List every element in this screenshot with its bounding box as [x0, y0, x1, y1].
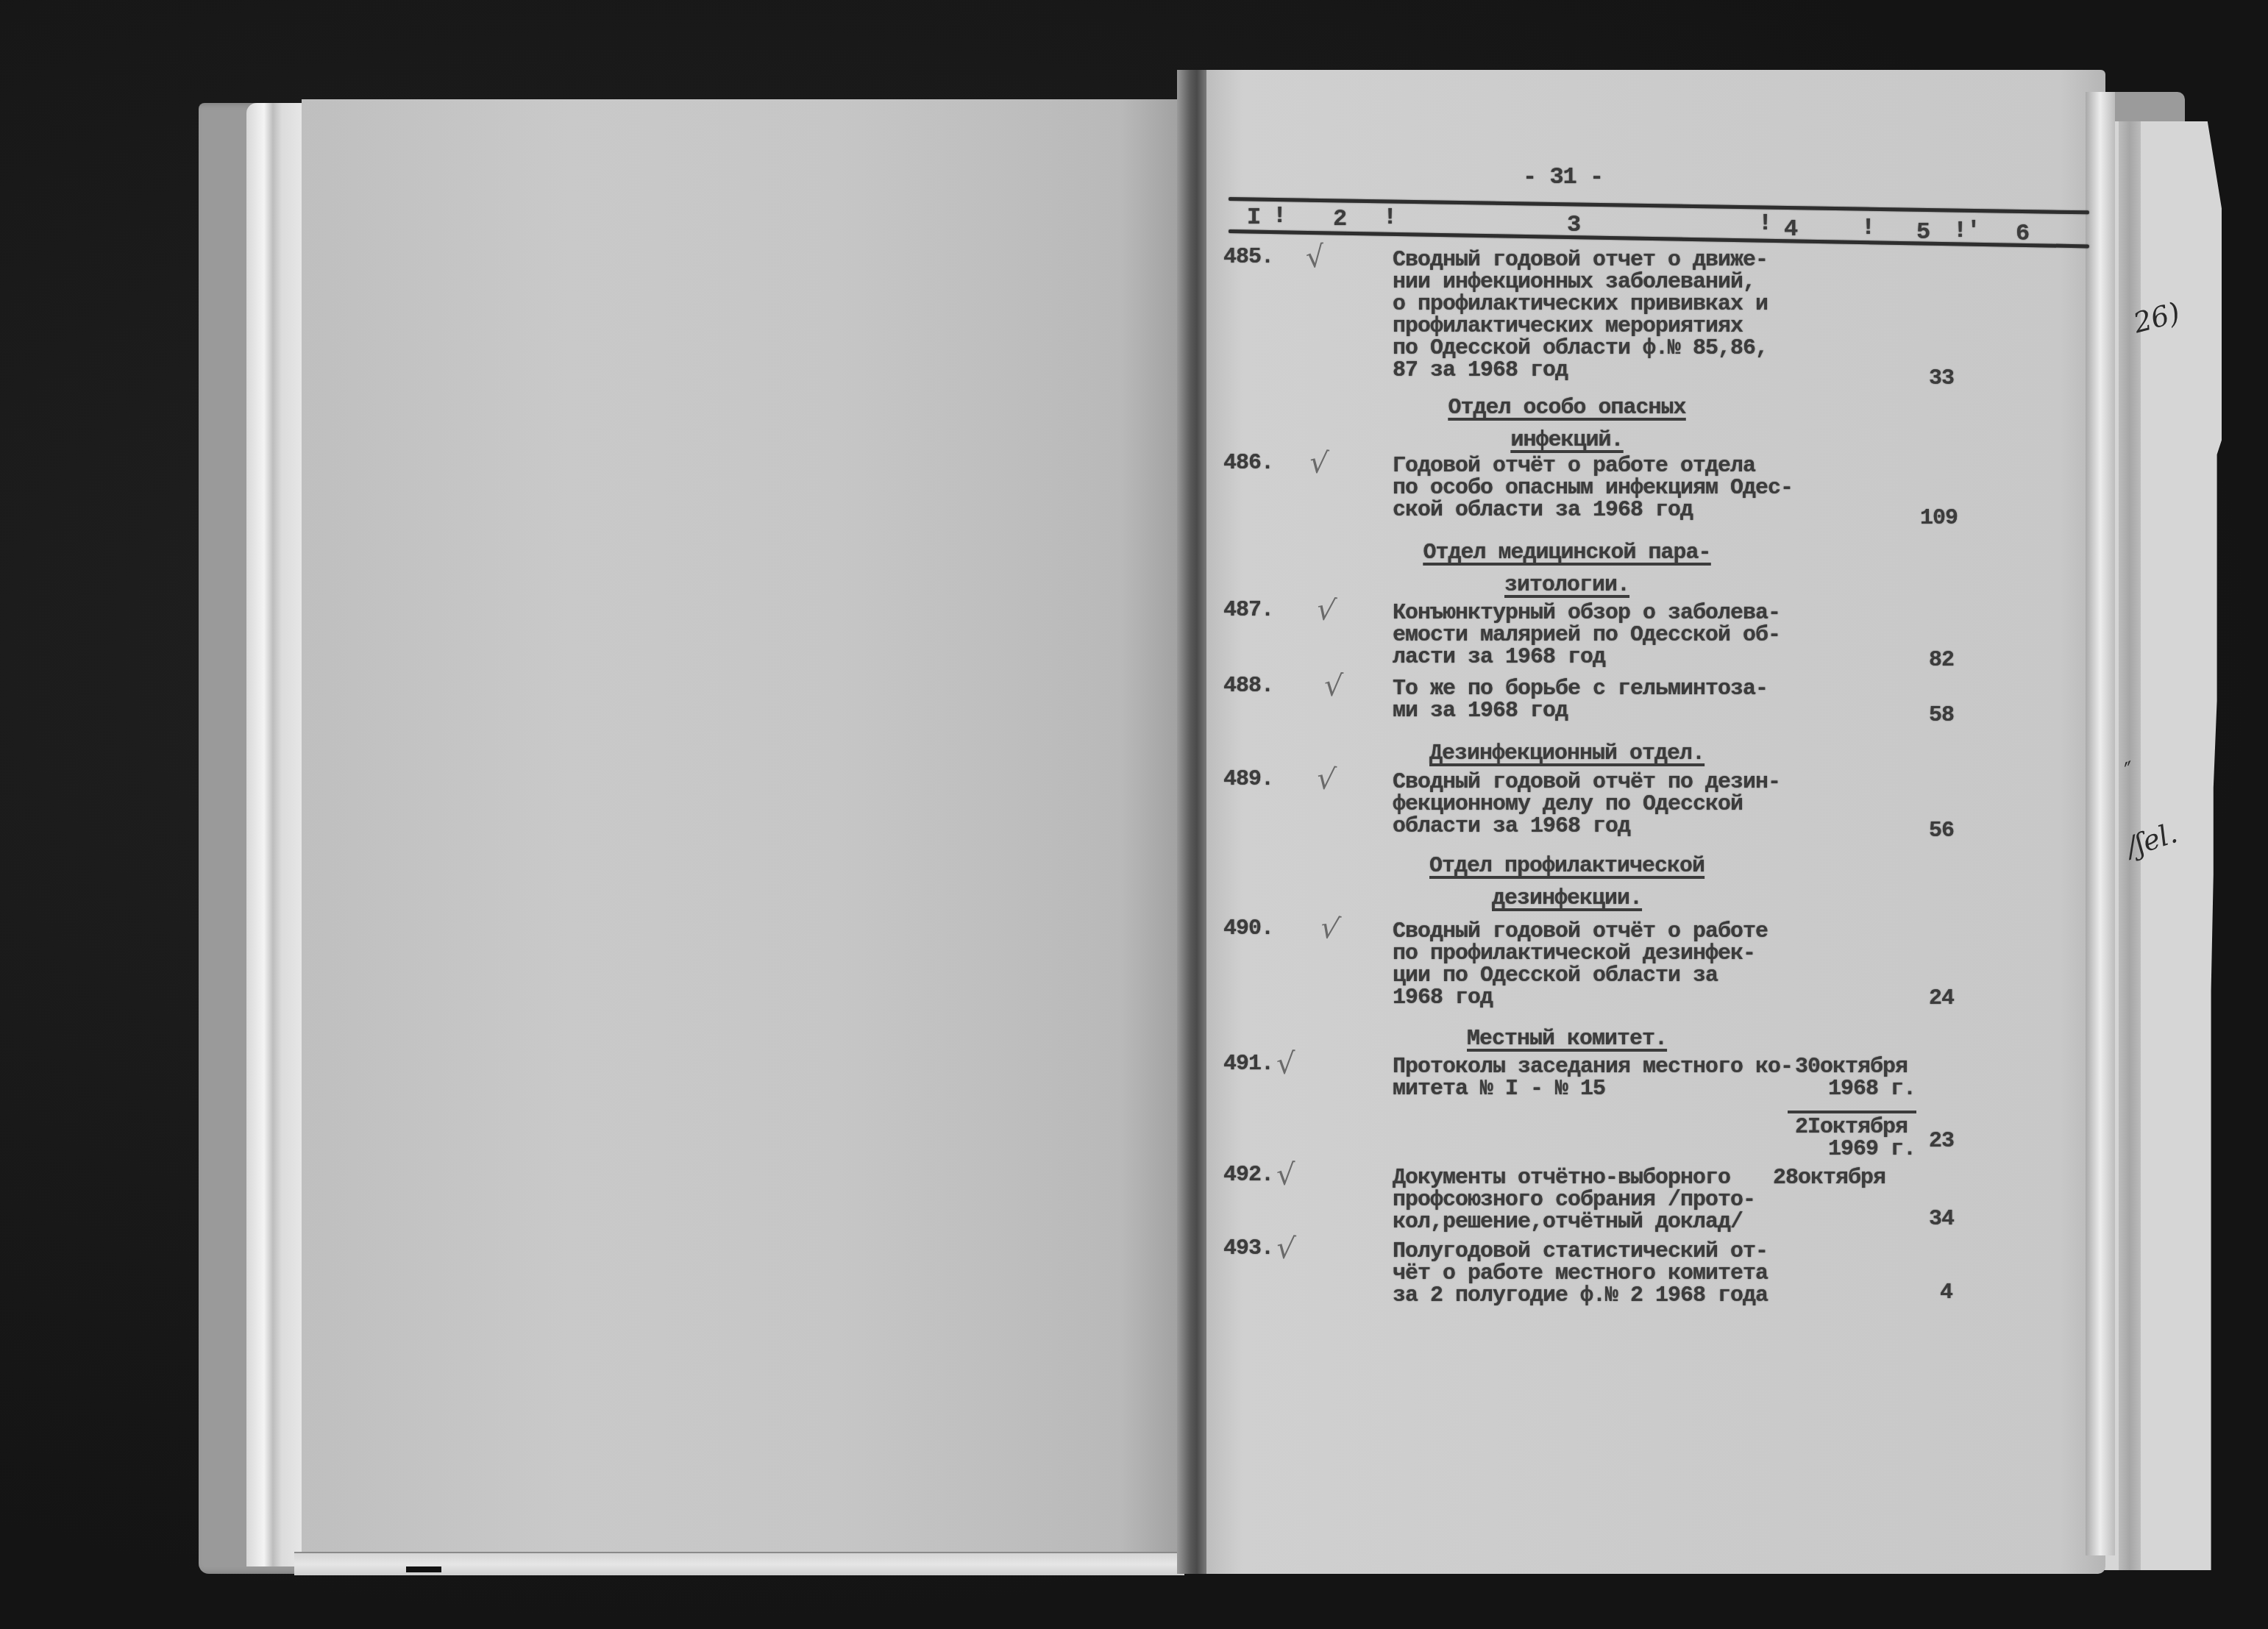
- entry-title-line: ми за 1968 год: [1393, 700, 1568, 723]
- entry-number: 486.: [1223, 452, 1273, 475]
- entry-title-line: ской области за 1968 год: [1393, 499, 1693, 522]
- section-heading-line: Отдел профилактической: [1429, 855, 1704, 878]
- column-separator: !: [1861, 216, 1874, 239]
- entry-title-line: Конъюнктурный обзор о заболева-: [1393, 602, 1780, 625]
- page-stack-left: [246, 103, 305, 1566]
- entry-date: 2Iоктября: [1795, 1116, 1908, 1139]
- column-separator: !: [1383, 206, 1396, 229]
- right-page-edge: [2086, 92, 2115, 1555]
- column-header-1: I: [1247, 206, 1260, 229]
- column-header-6: 6: [2016, 222, 2029, 245]
- entry-title-line: митета № I - № 15: [1393, 1078, 1605, 1101]
- entry-title-line: Сводный годовой отчёт о работе: [1393, 921, 1768, 944]
- binding-mark: [406, 1566, 441, 1572]
- sheet-count: 34: [1929, 1208, 1954, 1231]
- date-separator-line: [1788, 1111, 1916, 1113]
- entry-title-line: чёт о работе местного комитета: [1393, 1263, 1768, 1286]
- entry-title-line: о профилактических прививках и: [1393, 293, 1768, 316]
- entry-title-line: фекционному делу по Одесской: [1393, 794, 1743, 816]
- entry-number: 490.: [1223, 918, 1273, 941]
- section-heading-line: Дезинфекционный отдел.: [1429, 743, 1704, 766]
- entry-title-line: области за 1968 год: [1393, 816, 1630, 838]
- book-gutter: [1177, 70, 1210, 1574]
- entry-title-line: Протоколы заседания местного ко-: [1393, 1056, 1793, 1079]
- entry-title-line: по профилактической дезинфек-: [1393, 943, 1755, 966]
- column-header-3: 3: [1567, 213, 1580, 236]
- entry-title-line: 1968 год: [1393, 987, 1493, 1010]
- section-heading-line: зитологии.: [1504, 574, 1629, 597]
- entry-title-line: ции по Одесской области за: [1393, 965, 1718, 988]
- entry-title-line: по Одесской области ф.№ 85,86,: [1393, 338, 1768, 360]
- column-header-2: 2: [1333, 207, 1346, 230]
- column-separator: !': [1953, 219, 1980, 242]
- entry-title-line: Годовой отчёт о работе отдела: [1393, 455, 1755, 478]
- section-heading-line: Отдел медицинской пара-: [1423, 542, 1711, 565]
- entry-title-line: Сводный годовой отчёт по дезин-: [1393, 771, 1780, 794]
- section-heading-line: дезинфекции.: [1492, 888, 1642, 910]
- section-heading-line: инфекций.: [1511, 429, 1624, 452]
- insert-sheet-back: [2111, 92, 2185, 125]
- sheet-count: 82: [1929, 649, 1954, 672]
- entry-date: 1968 г.: [1828, 1078, 1916, 1101]
- section-heading-line: Отдел особо опасных: [1448, 397, 1686, 420]
- entry-number: 493.: [1223, 1238, 1273, 1261]
- checkmark-icon: √: [1315, 762, 1337, 797]
- section-heading-line: Местный комитет.: [1467, 1028, 1667, 1051]
- entry-number: 489.: [1223, 769, 1273, 791]
- sheet-count: 56: [1929, 820, 1954, 843]
- checkmark-icon: √: [1304, 240, 1326, 275]
- entry-number: 485.: [1223, 246, 1273, 269]
- column-separator: !: [1273, 204, 1286, 227]
- entry-title-line: Полугодовой статистический от-: [1393, 1241, 1768, 1263]
- entry-number: 491.: [1223, 1053, 1273, 1076]
- checkmark-icon: √: [1308, 446, 1329, 481]
- checkmark-icon: √: [1276, 1158, 1295, 1192]
- left-page-blank: [302, 99, 1192, 1559]
- entry-title-line: ласти за 1968 год: [1393, 646, 1605, 669]
- entry-title-line: кол,решение,отчётный доклад/: [1393, 1211, 1743, 1234]
- column-header-4: 4: [1784, 218, 1797, 240]
- entry-title-line: емости малярией по Одесской об-: [1393, 624, 1780, 647]
- entry-title-line: профсоюзного собрания /прото-: [1393, 1189, 1755, 1212]
- column-header-5: 5: [1916, 221, 1930, 243]
- entry-number: 492.: [1223, 1164, 1273, 1187]
- entry-title-line: профилактических мерориятиях: [1393, 316, 1743, 338]
- entry-date: 28октября: [1773, 1167, 1885, 1190]
- sheet-count: 58: [1929, 705, 1954, 727]
- entry-date: 1969 г.: [1828, 1138, 1916, 1161]
- entry-title-line: нии инфекционных заболеваний,: [1393, 271, 1755, 294]
- entry-title-line: То же по борьбе с гельминтоза-: [1393, 678, 1768, 701]
- entry-number: 488.: [1223, 675, 1273, 698]
- page-number: - 31 -: [1523, 165, 1603, 188]
- column-separator: !: [1758, 212, 1771, 235]
- sheet-count: 23: [1929, 1130, 1954, 1153]
- entry-date: 30октября: [1795, 1056, 1908, 1079]
- checkmark-icon: √: [1275, 1231, 1296, 1266]
- sheet-count: 4: [1940, 1282, 1952, 1305]
- entry-title-line: Сводный годовой отчет о движе-: [1393, 249, 1768, 272]
- entry-title-line: по особо опасным инфекциям Одес-: [1393, 477, 1793, 500]
- sheet-count: 33: [1929, 368, 1954, 391]
- checkmark-icon: √: [1276, 1047, 1295, 1081]
- sheet-count: 24: [1929, 988, 1954, 1010]
- entry-number: 487.: [1223, 599, 1273, 622]
- entry-title-line: Документы отчётно-выборного: [1393, 1167, 1730, 1190]
- checkmark-icon: √: [1323, 669, 1344, 703]
- entry-title-line: 87 за 1968 год: [1393, 360, 1568, 382]
- sheet-count: 109: [1920, 507, 1958, 530]
- entry-title-line: за 2 полугодие ф.№ 2 1968 года: [1393, 1285, 1768, 1308]
